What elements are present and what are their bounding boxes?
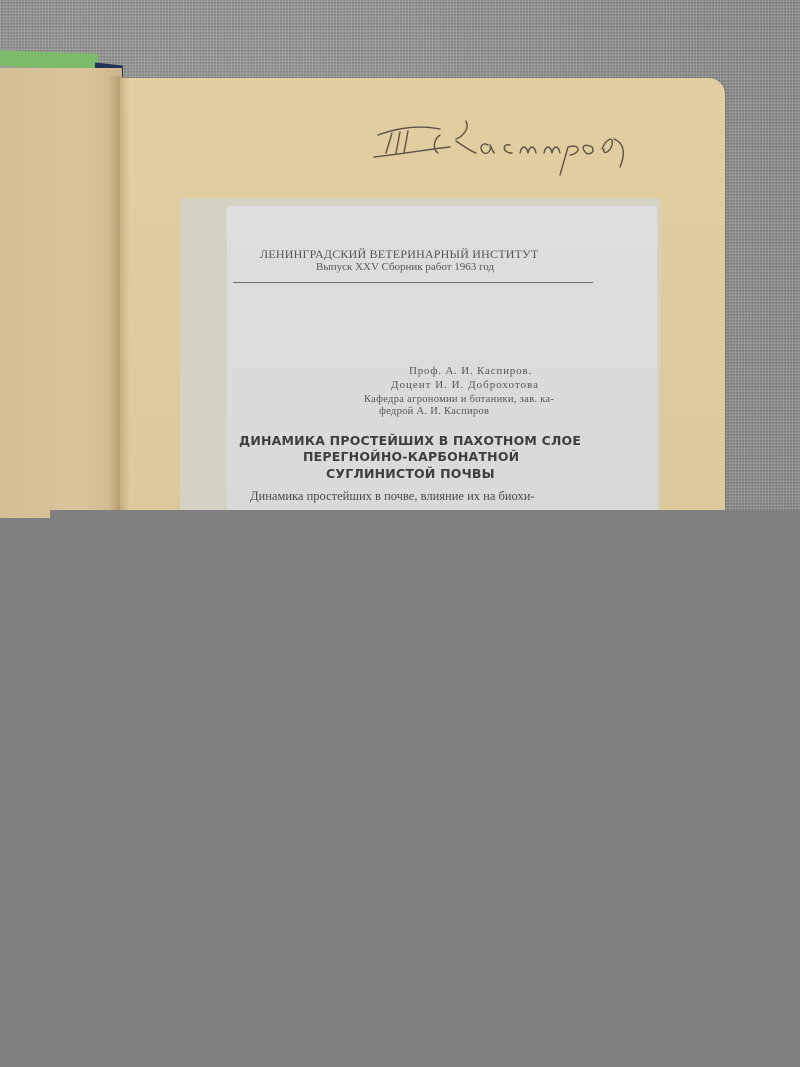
author-line: Проф. А. И. Каспиров. (409, 365, 532, 377)
body-text-line: Динамика простейших в почве, влияние их … (250, 489, 535, 504)
article-title-line: СУГЛИНИСТОЙ ПОЧВЫ (326, 466, 495, 481)
institution-name: ЛЕНИНГРАДСКИЙ ВЕТЕРИНАРНЫЙ ИНСТИТУТ (260, 247, 538, 262)
author-line: Доцент И. И. Доброхотова (391, 379, 539, 391)
issue-info: Выпуск XXV Сборник работ 1963 год (316, 261, 494, 273)
book-gutter (108, 76, 130, 516)
handwritten-signature: Т. Каспиров (370, 115, 640, 180)
book-cover-green-edge (0, 50, 98, 69)
article-title-line: ПЕРЕГНОЙНО-КАРБОНАТНОЙ (303, 449, 519, 464)
redaction-mask (0, 518, 800, 1067)
article-title-line: ДИНАМИКА ПРОСТЕЙШИХ В ПАХОТНОМ СЛОЕ (239, 433, 581, 448)
department-line: федрой А. И. Каспиров (379, 406, 489, 417)
header-divider (233, 282, 593, 283)
department-line: Кафедра агрономии и ботаники, зав. ка- (364, 394, 554, 405)
left-page (0, 68, 122, 528)
